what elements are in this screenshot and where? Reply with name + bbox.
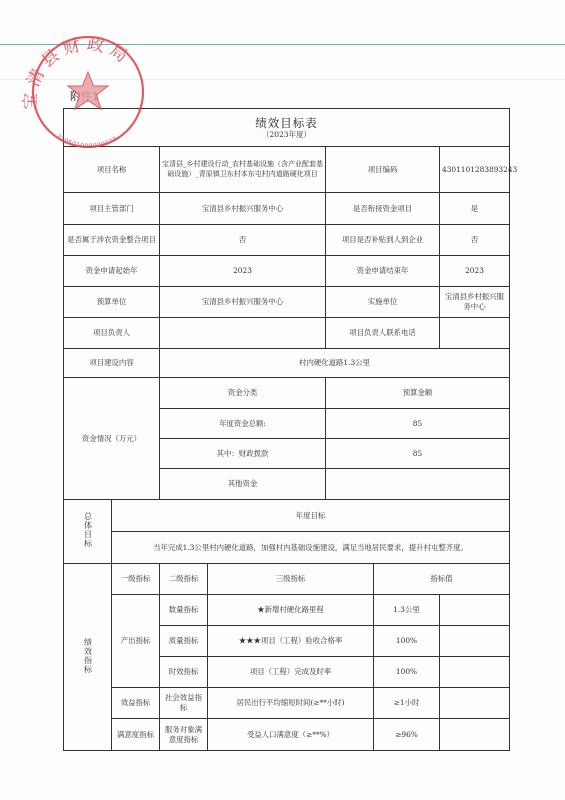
header-level2: 二级指标 <box>160 564 208 595</box>
indicator-level1: 效益指标 <box>112 688 160 719</box>
performance-goal-table: 绩效目标表 （2023年度） 项目名称 宝清县_乡村建设行动_农村基础设施（含产… <box>63 108 510 751</box>
owner-phone-label: 项目负责人联系电话 <box>326 318 440 349</box>
indicators-label-cell: 绩效指标 <box>64 564 112 751</box>
table-subtitle: （2023年度） <box>66 130 507 140</box>
indicator-level3: 居民出行平均缩短时间(≥**小时) <box>208 688 374 719</box>
overall-goal-header: 年度目标 <box>112 500 510 532</box>
funds-row-value: 85 <box>326 409 510 439</box>
funds-header-category: 资金分类 <box>160 378 326 409</box>
indicator-level1: 产出指标 <box>112 595 160 688</box>
header-level3: 三级指标 <box>208 564 374 595</box>
linked-fund-value: 是 <box>440 193 510 225</box>
impl-unit-label: 实施单位 <box>326 287 440 318</box>
indicator-value: 100% <box>374 626 440 657</box>
dept-label: 项目主管部门 <box>64 193 160 225</box>
indicator-value: ≥96% <box>374 719 440 751</box>
overall-goal-label: 总体目标 <box>83 512 93 548</box>
table-title-cell: 绩效目标表 （2023年度） <box>64 109 510 147</box>
overall-goal-text: 当年完成1.3公里村内硬化道路，加强村内基础设施建设，满足当地居民要求，提升村屯… <box>112 532 510 564</box>
project-code-label: 项目编码 <box>326 147 440 193</box>
indicator-level2: 时效指标 <box>160 657 208 688</box>
table-row: 满意度指标 服务对象满意度指标 受益人口满意度（≥**%） ≥96% <box>64 719 510 751</box>
indicator-value: 1.3公里 <box>374 595 440 626</box>
table-title: 绩效目标表 <box>66 116 507 130</box>
budget-unit-value: 宝清县乡村振兴服务中心 <box>160 287 326 318</box>
end-year-label: 资金申请结束年 <box>326 256 440 287</box>
end-year-value: 2023 <box>440 256 510 287</box>
indicators-label: 绩效指标 <box>83 638 93 674</box>
dept-value: 宝清县乡村振兴服务中心 <box>160 193 326 225</box>
scan-faint-line <box>0 79 565 80</box>
indicator-level3: ★新增村硬化路里程 <box>208 595 374 626</box>
content-value: 村内硬化道路1.3公里 <box>160 349 510 378</box>
funds-label: 资金情况（万元） <box>64 378 160 500</box>
indicator-value: ≥1小时 <box>374 688 440 719</box>
attachment-label: 附件1 <box>70 88 99 104</box>
project-name-value: 宝清县_乡村建设行动_农村基础设施（含产业配套基础设施）_青原镇卫东村本东屯村内… <box>160 147 326 193</box>
project-name-label: 项目名称 <box>64 147 160 193</box>
funds-header-amount: 预算金额 <box>326 378 510 409</box>
owner-value <box>160 318 326 349</box>
header-value: 指标值 <box>374 564 510 595</box>
agri-integration-value: 否 <box>160 225 326 256</box>
owner-phone-value <box>440 318 510 349</box>
indicator-level3: 项目（工程）完成及时率 <box>208 657 374 688</box>
overall-goal-label-cell: 总体目标 <box>64 500 112 564</box>
indicator-level2: 质量指标 <box>160 626 208 657</box>
indicator-extra <box>440 719 510 751</box>
indicator-level2: 社会效益指标 <box>160 688 208 719</box>
budget-unit-label: 预算单位 <box>64 287 160 318</box>
owner-label: 项目负责人 <box>64 318 160 349</box>
indicator-level1: 满意度指标 <box>112 719 160 751</box>
agri-integration-label: 是否属于涉农资金整合项目 <box>64 225 160 256</box>
indicator-level3: 受益人口满意度（≥**%） <box>208 719 374 751</box>
subsidy-label: 项目是否补贴到人到企业 <box>326 225 440 256</box>
indicator-extra <box>440 626 510 657</box>
funds-row-label: 年度资金总额: <box>160 409 326 439</box>
start-year-label: 资金申请起始年 <box>64 256 160 287</box>
header-level1: 一级指标 <box>112 564 160 595</box>
funds-row-label: 其中：财政拨款 <box>160 439 326 469</box>
indicator-extra <box>440 595 510 626</box>
start-year-value: 2023 <box>160 256 326 287</box>
indicator-value: 100% <box>374 657 440 688</box>
impl-unit-value: 宝清县乡村振兴服务中心 <box>440 287 510 318</box>
indicator-level2: 服务对象满意度指标 <box>160 719 208 751</box>
table-row: 产出指标 数量指标 ★新增村硬化路里程 1.3公里 <box>64 595 510 626</box>
indicator-level3: ★★★项目（工程）验收合格率 <box>208 626 374 657</box>
funds-row-value <box>326 469 510 500</box>
indicator-level2: 数量指标 <box>160 595 208 626</box>
content-label: 项目建设内容 <box>64 349 160 378</box>
linked-fund-label: 是否衔接资金项目 <box>326 193 440 225</box>
scan-ruled-line <box>0 44 565 45</box>
subsidy-value: 否 <box>440 225 510 256</box>
project-code-value: 4301101283893243 <box>440 147 510 193</box>
funds-row-value: 85 <box>326 439 510 469</box>
indicator-extra <box>440 657 510 688</box>
funds-row-label: 其他资金 <box>160 469 326 500</box>
table-row: 效益指标 社会效益指标 居民出行平均缩短时间(≥**小时) ≥1小时 <box>64 688 510 719</box>
indicator-extra <box>440 688 510 719</box>
